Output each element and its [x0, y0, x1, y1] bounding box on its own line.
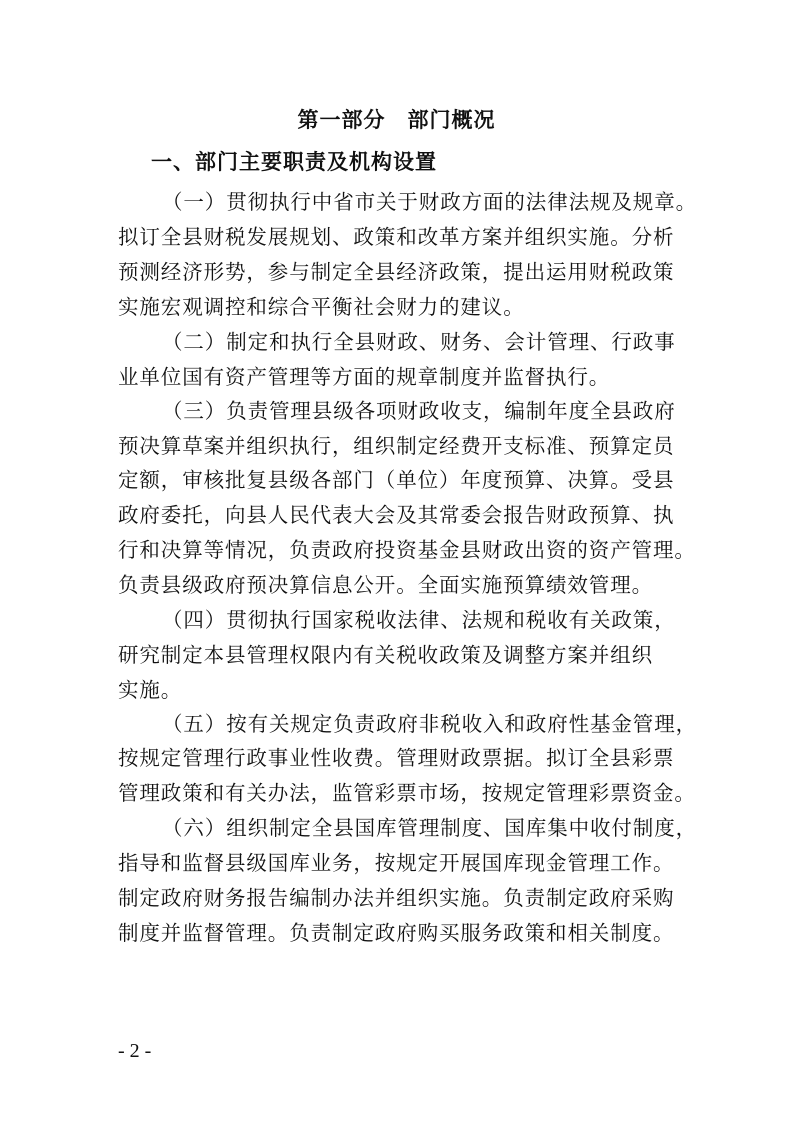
paragraph-3-line-6: 负责县级政府预决算信息公开。全面实施预算绩效管理。	[118, 572, 678, 598]
paragraph-6-line-2: 指导和监督县级国库业务，按规定开展国库现金管理工作。	[118, 850, 678, 876]
section-heading: 一、部门主要职责及机构设置	[151, 146, 437, 176]
paragraph-4-line-2: 研究制定本县管理权限内有关税收政策及调整方案并组织	[118, 642, 678, 668]
paragraph-2-line-2: 业单位国有资产管理等方面的规章制度并监督执行。	[118, 364, 678, 390]
paragraph-3-line-2: 预决算草案并组织执行，组织制定经费开支标准、预算定员	[118, 433, 678, 459]
paragraph-5-line-3: 管理政策和有关办法，监管彩票市场，按规定管理彩票资金。	[118, 780, 678, 806]
paragraph-4-line-3: 实施。	[118, 677, 678, 703]
paragraph-3-line-1: （三）负责管理县级各项财政收支，编制年度全县政府	[162, 398, 678, 424]
paragraph-1-line-3: 预测经济形势，参与制定全县经济政策，提出运用财税政策	[118, 259, 678, 285]
paragraph-1-line-4: 实施宏观调控和综合平衡社会财力的建议。	[118, 294, 678, 320]
paragraph-1-line-1: （一）贯彻执行中省市关于财政方面的法律法规及规章。	[162, 189, 678, 215]
paragraph-5-line-2: 按规定管理行政事业性收费。管理财政票据。拟订全县彩票	[118, 745, 678, 771]
paragraph-6-line-1: （六）组织制定全县国库管理制度、国库集中收付制度，	[162, 815, 678, 841]
document-page: 第一部分 部门概况 一、部门主要职责及机构设置 （一）贯彻执行中省市关于财政方面…	[0, 0, 793, 1122]
paragraph-2-line-1: （二）制定和执行全县财政、财务、会计管理、行政事	[162, 329, 678, 355]
paragraph-4-line-1: （四）贯彻执行国家税收法律、法规和税收有关政策，	[162, 607, 678, 633]
paragraph-5-line-1: （五）按有关规定负责政府非税收入和政府性基金管理，	[162, 711, 678, 737]
paragraph-1-line-2: 拟订全县财税发展规划、政策和改革方案并组织实施。分析	[118, 224, 678, 250]
paragraph-3-line-4: 政府委托，向县人民代表大会及其常委会报告财政预算、执	[118, 502, 678, 528]
page-number: - 2 -	[118, 1040, 151, 1063]
paragraph-3-line-3: 定额，审核批复县级各部门（单位）年度预算、决算。受县	[118, 467, 678, 493]
page-title: 第一部分 部门概况	[0, 104, 793, 134]
paragraph-6-line-3: 制定政府财务报告编制办法并组织实施。负责制定政府采购	[118, 885, 678, 911]
paragraph-3-line-5: 行和决算等情况，负责政府投资基金县财政出资的资产管理。	[118, 537, 678, 563]
paragraph-6-line-4: 制度并监督管理。负责制定政府购买服务政策和相关制度。	[118, 920, 678, 946]
